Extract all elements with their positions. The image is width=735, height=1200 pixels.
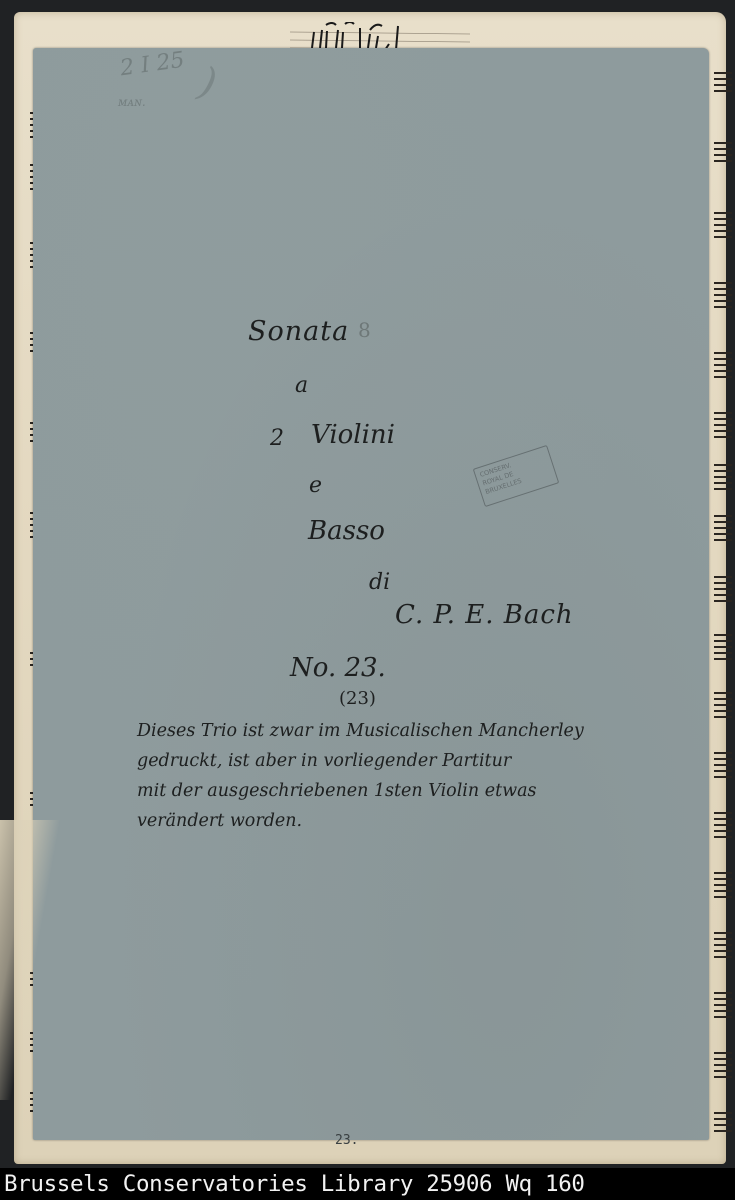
catalog-number: No. 23. [290,653,386,683]
instrument-basso: Basso [308,516,385,546]
line-e: e [309,473,322,498]
line-di: di [369,570,390,595]
title: Sonata [248,316,349,347]
library-caption-bar: Brussels Conservatories Library 25906 Wq… [0,1168,735,1200]
title-pencil-number: 8 [358,318,371,342]
top-music-fragment [290,22,482,50]
line-a: a [295,373,308,398]
composer: C. P. E. Bach [395,600,574,630]
annotation-line: Dieses Trio ist zwar im Musicalischen Ma… [137,716,717,746]
catalog-number-paren: (23) [339,688,376,709]
annotation-line: gedruckt, ist aber in vorliegender Parti… [137,746,717,776]
page-number: 23. [335,1133,358,1148]
pencil-mark: ᴍᴀɴ. [118,95,146,109]
annotation-line: verändert worden. [137,806,717,836]
annotation-line: mit der ausgeschriebenen 1sten Violin et… [137,776,717,806]
handwritten-annotation: Dieses Trio ist zwar im Musicalischen Ma… [137,716,717,836]
instrument-violini: Violini [311,420,395,450]
instrument-count: 2 [270,426,284,451]
scan-area: 2 I 25 ᴍᴀɴ. ) Sonata 8 a 2 Violini e Bas… [0,0,735,1168]
